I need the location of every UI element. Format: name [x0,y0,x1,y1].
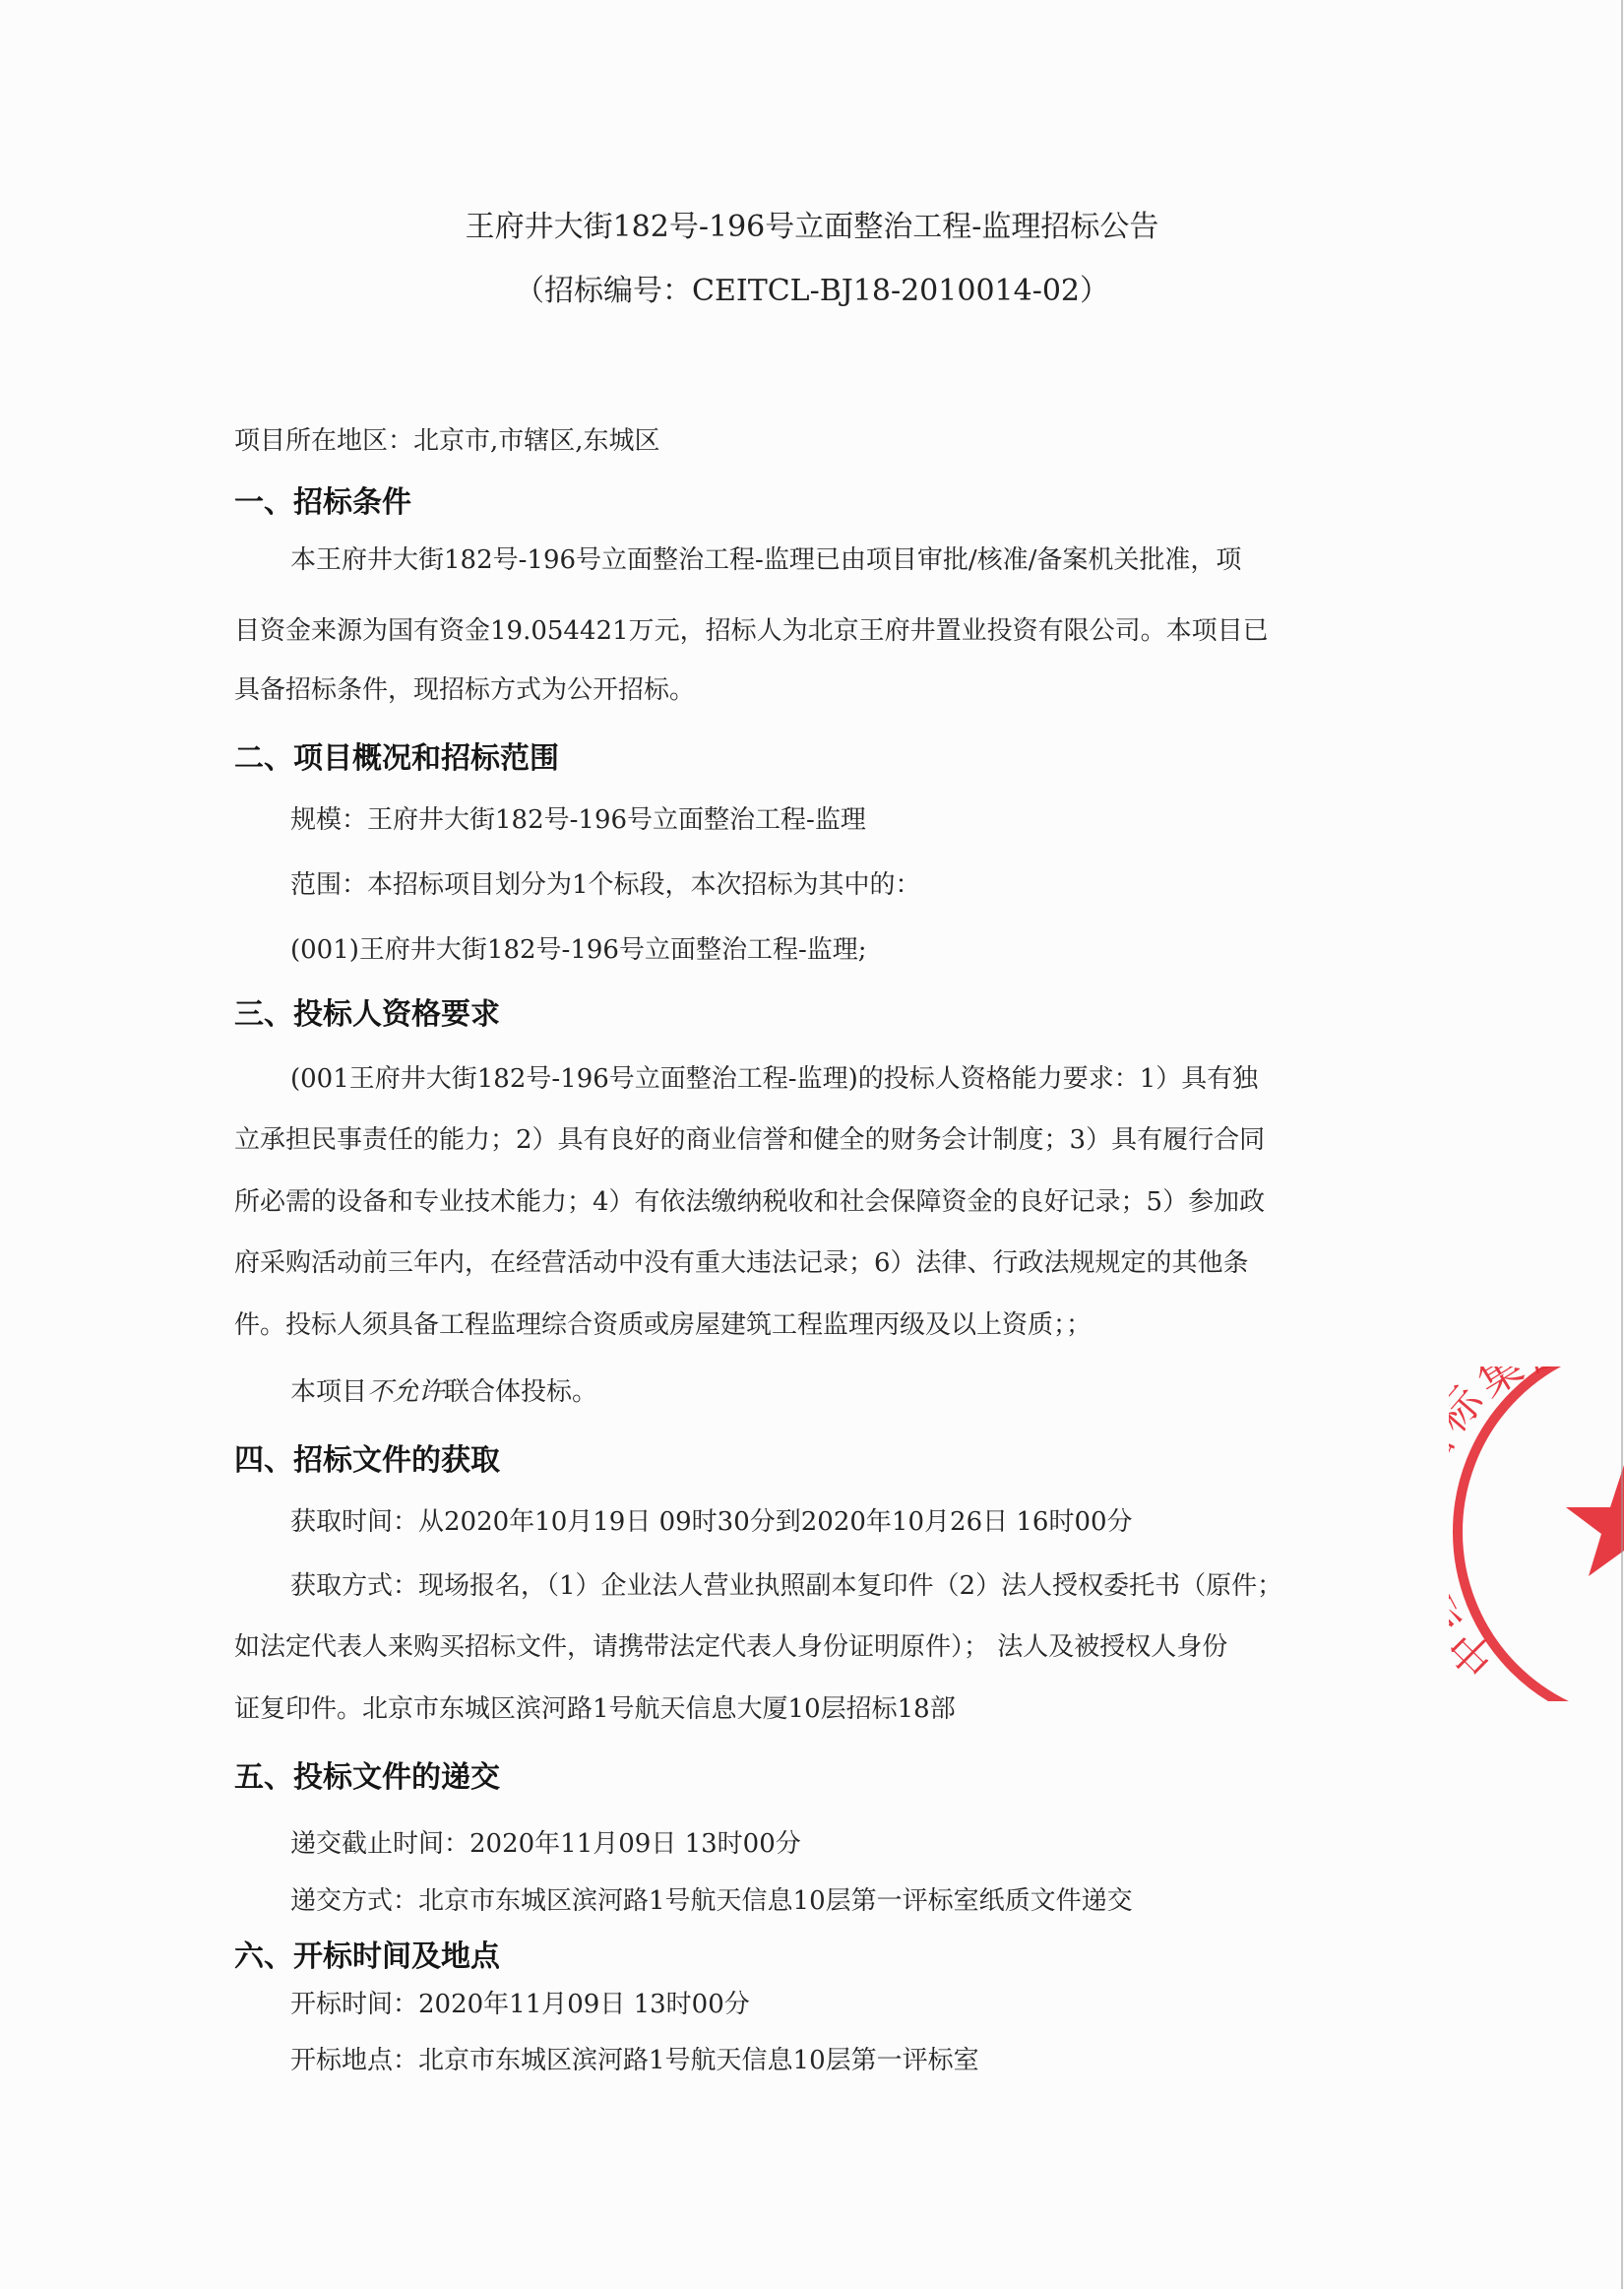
section-5-method: 递交方式：北京市东城区滨河路1号航天信息10层第一评标室纸质文件递交 [290,1880,1133,1917]
section-1-line-1: 本王府井大街182号-196号立面整治工程-监理已由项目审批/核准/备案机关批准… [290,540,1241,576]
section-2-scope: 范围：本招标项目划分为1个标段，本次招标为其中的： [290,864,921,901]
star-icon [1566,1465,1624,1576]
consortium-prefix: 本项目 [290,1377,367,1407]
section-2-lot: (001)王府井大街182号-196号立面整治工程-监理; [290,929,867,966]
section-heading-2: 二、项目概况和招标范围 [234,733,559,777]
section-heading-3: 三、投标人资格要求 [234,989,500,1033]
page-edge-line [1621,0,1623,2289]
section-heading-5: 五、投标文件的递交 [234,1752,500,1796]
official-seal: 中经国际招标集团有 [1449,1367,1624,1701]
section-heading-6: 六、开标时间及地点 [234,1932,500,1975]
document-title: 王府井大街182号-196号立面整治工程-监理招标公告 [0,202,1624,245]
section-3-line-3: 所必需的设备和专业技术能力；4）有依法缴纳税收和社会保障资金的良好记录；5）参加… [234,1181,1265,1218]
section-1-line-3: 具备招标条件，现招标方式为公开招标。 [234,669,695,706]
section-5-deadline: 递交截止时间：2020年11月09日 13时00分 [290,1823,801,1860]
svg-text:中经国际招标集团有: 中经国际招标集团有 [1449,1367,1624,1685]
project-location: 项目所在地区：北京市,市辖区,东城区 [234,420,660,457]
section-3-line-5: 件。投标人须具备工程监理综合资质或房屋建筑工程监理丙级及以上资质；； [234,1304,1092,1341]
consortium-suffix: 联合体投标。 [444,1377,597,1407]
section-3-consortium: 本项目不允许联合体投标。 [290,1371,597,1408]
consortium-emphasis: 不允许 [367,1377,444,1407]
section-3-line-4: 府采购活动前三年内，在经营活动中没有重大违法记录；6）法律、行政法规规定的其他条 [234,1242,1249,1279]
bid-number: （招标编号：CEITCL-BJ18-2010014-02） [0,266,1624,309]
section-heading-1: 一、招标条件 [234,477,411,521]
section-1-line-2: 目资金来源为国有资金19.054421万元，招标人为北京王府井置业投资有限公司。… [234,610,1269,647]
section-2-scale: 规模：王府井大街182号-196号立面整治工程-监理 [290,799,866,836]
section-4-method-line-2: 如法定代表人来购买招标文件，请携带法定代表人身份证明原件）； 法人及被授权人身份 [234,1626,1227,1663]
section-4-method-line-1: 获取方式：现场报名，（1）企业法人营业执照副本复印件（2）法人授权委托书（原件； [290,1565,1282,1602]
section-4-time: 获取时间：从2020年10月19日 09时30分到2020年10月26日 16时… [290,1501,1133,1538]
section-3-line-2: 立承担民事责任的能力；2）具有良好的商业信誉和健全的财务会计制度；3）具有履行合… [234,1119,1265,1156]
section-3-line-1: (001王府井大街182号-196号立面整治工程-监理)的投标人资格能力要求：1… [290,1058,1258,1095]
section-4-method-line-3: 证复印件。北京市东城区滨河路1号航天信息大厦10层招标18部 [234,1688,956,1725]
section-heading-4: 四、招标文件的获取 [234,1435,500,1479]
section-6-time: 开标时间：2020年11月09日 13时00分 [290,1984,750,2020]
section-6-location: 开标地点：北京市东城区滨河路1号航天信息10层第一评标室 [290,2040,979,2076]
document-page: 王府井大街182号-196号立面整治工程-监理招标公告 （招标编号：CEITCL… [0,0,1624,2289]
